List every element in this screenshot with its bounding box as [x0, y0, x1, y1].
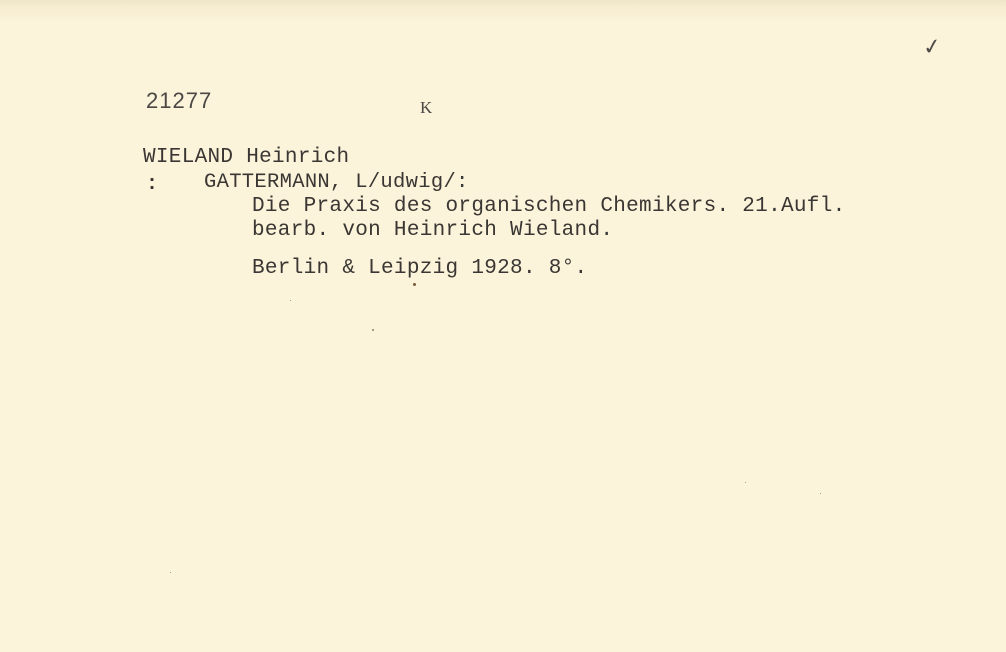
ink-speck — [745, 482, 746, 483]
accession-number: 21277 — [146, 90, 212, 112]
ink-speck — [413, 283, 416, 286]
author-line: GATTERMANN, L/udwig/: — [204, 173, 469, 194]
checkmark-icon: ✓ — [921, 34, 943, 61]
title-line-1: Die Praxis des organischen Chemikers. 21… — [252, 196, 846, 217]
colon-separator: : — [146, 175, 158, 195]
imprint-line: Berlin & Leipzig 1928. 8°. — [252, 258, 587, 279]
ink-speck — [820, 493, 821, 494]
catalog-card: 21277 K ✓ WIELAND Heinrich : GATTERMANN,… — [0, 0, 1006, 652]
location-mark: K — [420, 99, 433, 116]
ink-speck — [290, 300, 291, 301]
ink-speck — [372, 329, 374, 331]
main-heading: WIELAND Heinrich — [143, 147, 349, 168]
ink-speck — [170, 572, 171, 573]
title-line-2: bearb. von Heinrich Wieland. — [252, 220, 613, 241]
